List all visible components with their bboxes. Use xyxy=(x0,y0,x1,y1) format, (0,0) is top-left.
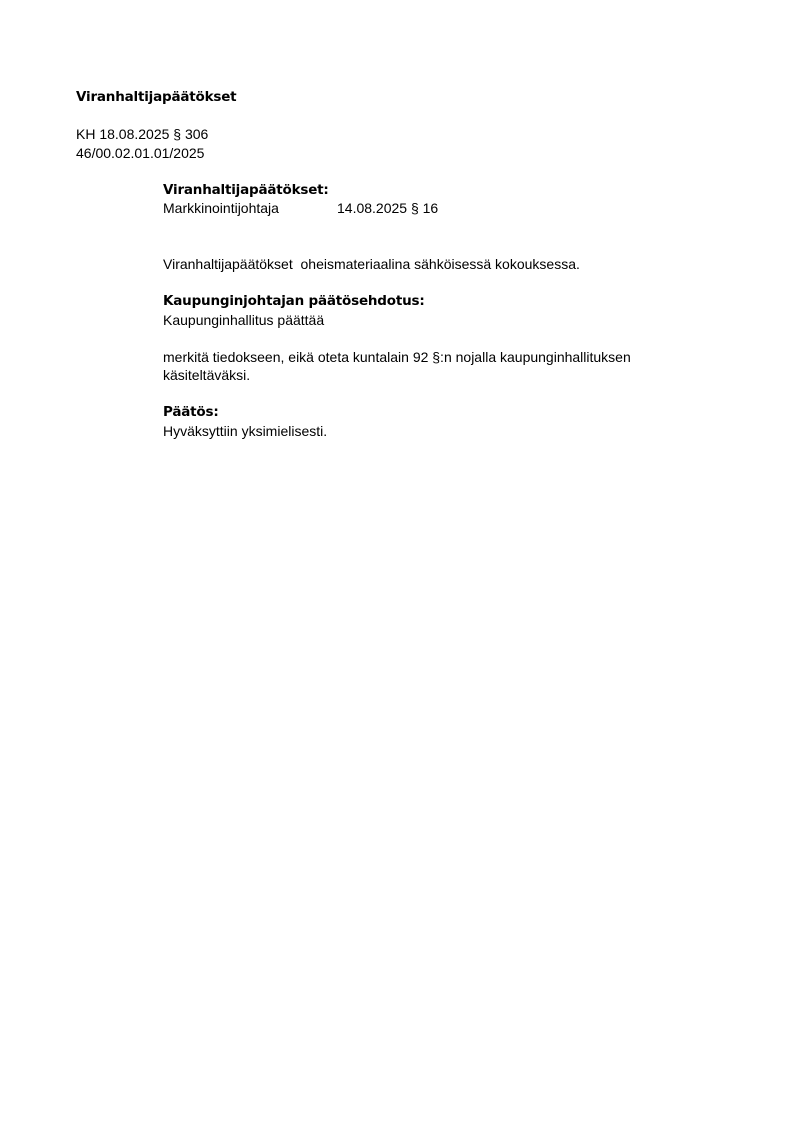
meeting-reference: KH 18.08.2025 § 306 xyxy=(76,125,208,143)
decisions-heading: Viranhaltijapäätökset: xyxy=(163,181,329,199)
case-number: 46/00.02.01.01/2025 xyxy=(76,144,204,162)
document-title: Viranhaltijapäätökset xyxy=(76,88,236,106)
proposal-lead: Kaupunginhallitus päättää xyxy=(163,311,324,329)
proposal-heading: Kaupunginjohtajan päätösehdotus: xyxy=(163,292,425,310)
decision-official: Markkinointijohtaja xyxy=(163,199,279,217)
intro-text: Viranhaltijapäätökset oheismateriaalina … xyxy=(163,255,580,273)
decision-date-ref: 14.08.2025 § 16 xyxy=(337,199,438,217)
decision-text: Hyväksyttiin yksimielisesti. xyxy=(163,422,327,440)
decision-heading: Päätös: xyxy=(163,403,219,421)
proposal-body-line2: käsiteltäväksi. xyxy=(163,366,250,384)
proposal-body-line1: merkitä tiedokseen, eikä oteta kuntalain… xyxy=(163,348,631,366)
